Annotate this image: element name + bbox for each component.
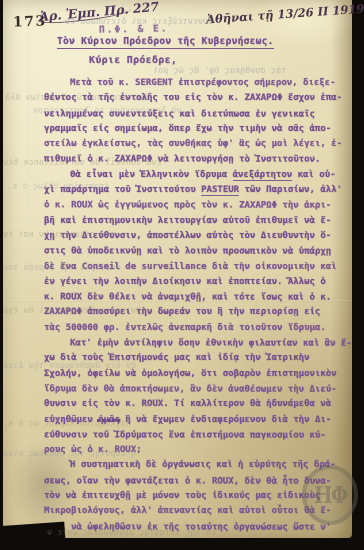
letter-line: χωσι νὰ ὠφεληθῶσιν ἐκ τῆς τοιαύτης ὀργαν… (44, 520, 350, 536)
letter-line: τὰς 500000 φρ. ἐντελῶς ἀνεπαρκῆ διὰ τοιο… (44, 321, 350, 336)
salutation: Κύριε Πρόεδρε, (89, 55, 177, 66)
letter-line: Μετὰ τοῦ κ. SERGENT ἐπιστρέφοντος σήμερο… (44, 76, 350, 91)
letter-line: χὶ παράρτημα τοῦ Ἰνστιτούτου PASTEUR τῶν… (44, 183, 350, 198)
paper-crease (27, 0, 29, 538)
archive-seal-stamp: ΗΦ (302, 465, 358, 525)
torn-corner-shadow (0, 522, 66, 547)
letter-line: θέντος τὰ τῆς ἐντολῆς του εἰς τὸν κ. ΖΑΧ… (44, 91, 350, 106)
letter-body: Μετὰ τοῦ κ. SERGENT ἐπιστρέφοντος σήμερο… (44, 76, 350, 535)
letter-line: νειλημμένας συνεντεύξεις καὶ διετύπωσα ἐ… (44, 107, 350, 123)
letter-line: ὁ κ. ROUX ὡς ἐγγυώμενος πρὸς τὸν κ. ΖΑΧΑ… (44, 199, 350, 215)
handwritten-underline-flourish (36, 4, 133, 25)
letter-line: Ἡ συστηματικὴ δὲ ὀργάνωσις καὶ ἡ εὐρύτης… (44, 458, 350, 473)
letter-line: ΖΑΧΑΡΩΦ ἀποσύρει τὴν δωρεάν του ἢ τὴν πε… (44, 305, 350, 320)
letter-line: εὐχηθῶμεν ἡμᾶς ἢ νὰ ἔχωμεν ἐνδιαφερόμενο… (44, 413, 350, 428)
letter-line: εύθυνσιν τοῦ Ἱδρύματος ἕνα ἐπιστήμονα πα… (44, 428, 350, 444)
letter-line: ἵδρυμα δὲν θὰ ἀποκτήσωμεν, ἂν δὲν ἀναθέσ… (44, 382, 350, 398)
letter-line: κ. ROUX δὲν θέλει νὰ ἀναμιχθῇ, καὶ τότε … (44, 290, 350, 306)
letter-line: στις θὰ ὑποδεικνύῃ καὶ τὸ λοιπὸν προσωπι… (44, 245, 350, 261)
archive-seal-monogram: ΗΦ (314, 481, 346, 509)
letter-line: θυνσιν εἰς τὸν κ. ROUX. Τί καλλίτερον θὰ… (44, 397, 350, 412)
letter-line: βῆ καὶ ἐπιστημονικὴν λειτουργίαν αὐτοῦ ἐ… (44, 214, 350, 229)
registry-note: Π.Φ. & Ε. (99, 23, 169, 35)
letter-line: στείλω ἐγκλείστως, τὰς συνθήκας ὑφ' ἃς ὡ… (44, 137, 350, 152)
bleed-through-text: τὰς συνθήκας ὑφ' ἃς ὡς μοὶ (153, 66, 286, 76)
letter-line: χω διὰ τοὺς Ἐπιστήμονάς μας καὶ ἰδίᾳ τὴν… (44, 351, 350, 366)
letter-line: γραμμαῖς εἰς σημείωμα, ὅπερ ἔχω τὴν τιμὴ… (44, 122, 350, 137)
recipient-line: Τὸν Κύριον Πρόεδρον τῆς Κυβερνήσεως. (57, 36, 274, 49)
letter-line: Θὰ εἶναι μὲν Ἑλληνικὸν ἵδρυμα ἀνεξάρτητο… (44, 168, 350, 183)
letter-line: Σχολήν, ὀφείλω νὰ ὁμολογήσω, ὅτι σοβαρὸν… (44, 367, 350, 382)
letter-line: χῃ τὴν Διεύθυνσιν, ἀποστέλλων αὐτὸς τὸν … (44, 229, 350, 244)
letter-line: πιθυμεῖ ὁ κ. ΖΑΧΑΡΩΦ νὰ λειτουργήσῃ τὸ Ἰ… (44, 153, 350, 169)
letter-line: Κατ' ἐμὴν ἀντίληψιν ὅσην ἐθνικὴν φιλαυτί… (44, 336, 350, 352)
letter-line: ρους ὡς ὁ κ. ROUX; (44, 443, 350, 458)
letter-line: δὲ ἕνα Conseil de surveillance διὰ τὴν ο… (44, 260, 350, 275)
letter-page: 173 Ἀρ. Ἐμπ. Πρ. 227 Ἀθῆναι τῇ 13/26 II … (3, 0, 352, 538)
letter-line: ἐν γένει τὴν λοιπὴν Διοίκησιν καὶ ἐποπτε… (44, 275, 350, 290)
